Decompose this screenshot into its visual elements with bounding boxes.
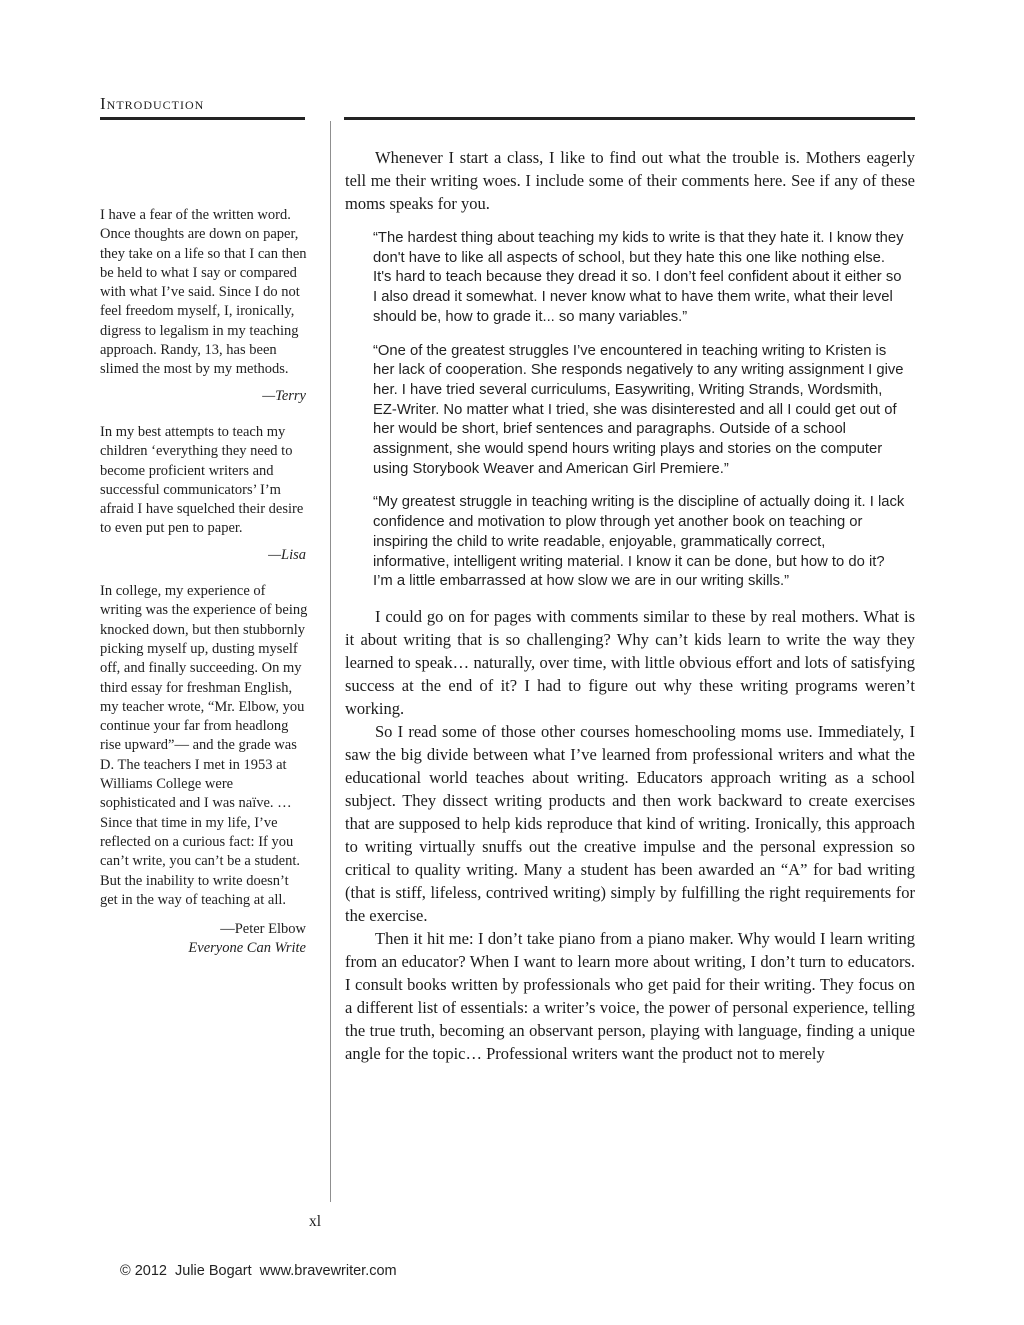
mom-quote-block: “My greatest struggle in teaching writin… (373, 493, 905, 592)
intro-paragraph: Whenever I start a class, I like to find… (345, 146, 915, 215)
sidebar-quote-attribution: —Peter Elbow (100, 920, 306, 939)
sidebar-quote-attribution: —Lisa (100, 546, 306, 565)
mom-quote-block: “One of the greatest struggles I’ve enco… (373, 342, 905, 480)
sidebar-quote-text: In my best attempts to teach my children… (100, 423, 308, 539)
sidebar-quote-attribution: —Terry (100, 387, 306, 406)
section-kicker: Introduction (100, 94, 204, 114)
sidebar-pull-quotes: I have a fear of the written word. Once … (100, 206, 308, 959)
body-paragraph: I could go on for pages with comments si… (345, 605, 915, 720)
page-number: xl (295, 1213, 335, 1231)
main-column-rule (344, 117, 915, 120)
column-divider (330, 121, 331, 1202)
mom-quote-block: “The hardest thing about teaching my kid… (373, 229, 905, 328)
sidebar-quote-source: Everyone Can Write (100, 939, 306, 958)
body-paragraph: Then it hit me: I don’t take piano from … (345, 927, 915, 1065)
sidebar-quote-text: In college, my experience of writing was… (100, 582, 308, 910)
body-paragraph: So I read some of those other courses ho… (345, 720, 915, 927)
book-page: Introduction I have a fear of the writte… (0, 0, 1024, 1325)
main-text-column: Whenever I start a class, I like to find… (345, 146, 915, 1065)
copyright-line: © 2012 Julie Bogart www.bravewriter.com (120, 1263, 397, 1279)
kicker-rule (100, 117, 305, 120)
sidebar-quote-text: I have a fear of the written word. Once … (100, 206, 308, 380)
